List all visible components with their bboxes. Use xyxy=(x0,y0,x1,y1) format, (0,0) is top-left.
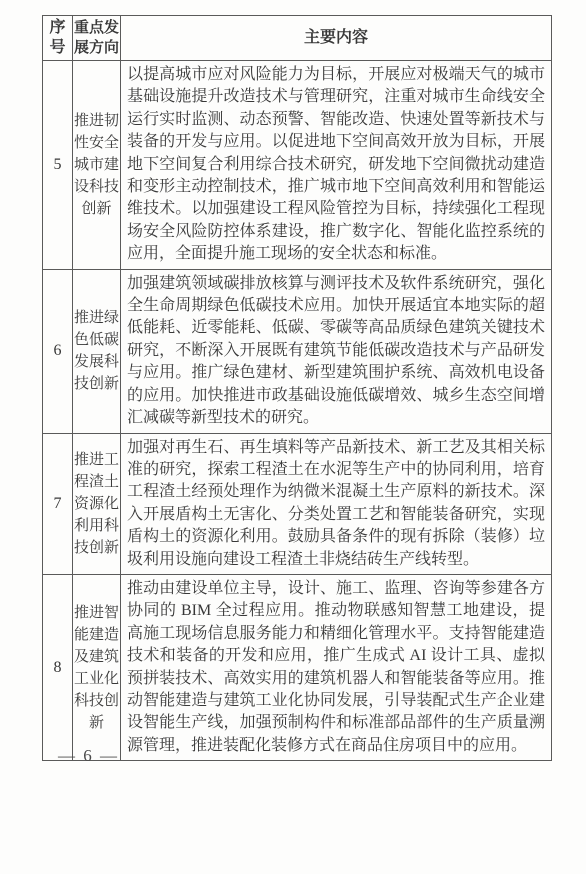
table-row: 5 推进韧性安全城市建设科技创新 以提高城市应对风险能力为目标，开展应对极端天气… xyxy=(43,61,552,270)
row-number: 5 xyxy=(43,61,73,270)
table-row: 6 推进绿色低碳发展科技创新 加强建筑领域碳排放核算与测评技术及软件系统研究，强… xyxy=(43,269,552,433)
header-cell-direction: 重点发展方向 xyxy=(73,16,121,61)
direction-cell: 推进智能建造及建筑工业化科技创新 xyxy=(73,574,121,760)
header-cell-number: 序号 xyxy=(43,16,73,61)
content-cell: 以提高城市应对风险能力为目标，开展应对极端天气的城市基础设施提升改造技术与管理研… xyxy=(121,61,552,270)
row-number: 8 xyxy=(43,574,73,760)
table-row: 8 推进智能建造及建筑工业化科技创新 推动由建设单位主导，设计、施工、监理、咨询… xyxy=(43,574,552,760)
document-page: 序号 重点发展方向 主要内容 5 推进韧性安全城市建设科技创新 以提高城市应对风… xyxy=(0,0,586,874)
row-number: 7 xyxy=(43,433,73,574)
page-number: — 6 — xyxy=(58,746,119,766)
table-row: 7 推进工程渣土资源化利用科技创新 加强对再生石、再生填料等产品新技术、新工艺及… xyxy=(43,433,552,574)
direction-cell: 推进工程渣土资源化利用科技创新 xyxy=(73,433,121,574)
header-cell-content: 主要内容 xyxy=(121,16,552,61)
table-header-row: 序号 重点发展方向 主要内容 xyxy=(43,16,552,61)
content-cell: 加强建筑领域碳排放核算与测评技术及软件系统研究，强化全生命周期绿色低碳技术应用。… xyxy=(121,269,552,433)
key-directions-table: 序号 重点发展方向 主要内容 5 推进韧性安全城市建设科技创新 以提高城市应对风… xyxy=(42,15,552,761)
row-number: 6 xyxy=(43,269,73,433)
content-cell: 推动由建设单位主导，设计、施工、监理、咨询等参建各方协同的 BIM 全过程应用。… xyxy=(121,574,552,760)
direction-cell: 推进绿色低碳发展科技创新 xyxy=(73,269,121,433)
direction-cell: 推进韧性安全城市建设科技创新 xyxy=(73,61,121,270)
content-cell: 加强对再生石、再生填料等产品新技术、新工艺及其相关标准的研究，探索工程渣土在水泥… xyxy=(121,433,552,574)
